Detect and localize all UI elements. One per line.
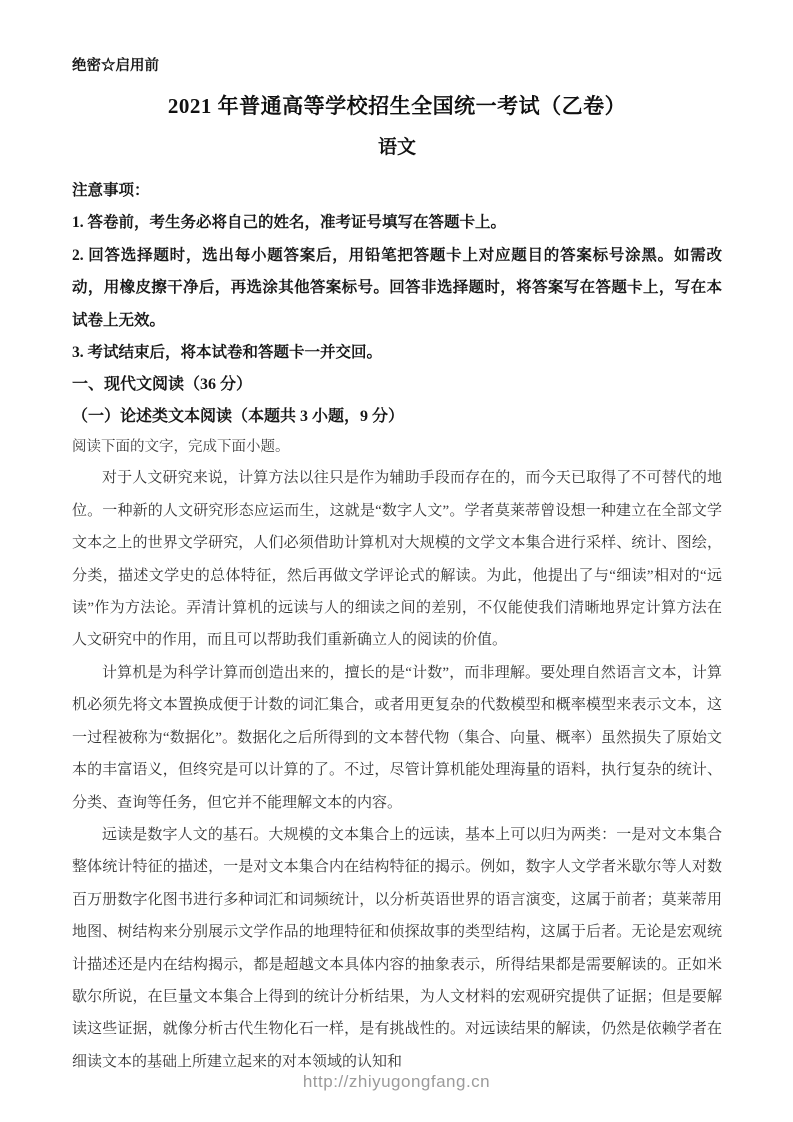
passage-paragraph-1: 对于人文研究来说，计算方法以往只是作为辅助手段而存在的，而今天已取得了不可替代的… (72, 462, 722, 656)
notice-item-2: 2. 回答选择题时，选出每小题答案后，用铅笔把答题卡上对应题目的答案标号涂黑。如… (72, 240, 722, 337)
section-1-heading: 一、现代文阅读（36 分） (72, 369, 722, 401)
footer-url-text: http://zhiyugongfang.cn (303, 1072, 490, 1091)
reading-instruction: 阅读下面的文字，完成下面小题。 (72, 432, 722, 462)
notice-section: 注意事项： 1. 答卷前，考生务必将自己的姓名，准考证号填写在答题卡上。 2. … (72, 175, 722, 369)
passage-paragraph-3: 远读是数字人文的基石。大规模的文本集合上的远读，基本上可以归为两类：一是对文本集… (72, 819, 722, 1078)
classification-label: 绝密☆启用前 (72, 56, 722, 76)
page-footer: http://zhiyugongfang.cn (0, 1072, 793, 1092)
notice-item-3: 3. 考试结束后，将本试卷和答题卡一并交回。 (72, 337, 722, 369)
passage-paragraph-2: 计算机是为科学计算而创造出来的，擅长的是“计数”，而非理解。要处理自然语言文本，… (72, 657, 722, 819)
reading-passage: 对于人文研究来说，计算方法以往只是作为辅助手段而存在的，而今天已取得了不可替代的… (72, 462, 722, 1078)
exam-paper-page: 绝密☆启用前 2021 年普通高等学校招生全国统一考试（乙卷） 语文 注意事项：… (0, 0, 793, 1122)
exam-title: 2021 年普通高等学校招生全国统一考试（乙卷） (72, 92, 722, 120)
section-1-subheading: （一）论述类文本阅读（本题共 3 小题，9 分） (72, 401, 722, 433)
subject-title: 语文 (72, 135, 722, 161)
notice-heading: 注意事项： (72, 175, 722, 207)
notice-item-1: 1. 答卷前，考生务必将自己的姓名，准考证号填写在答题卡上。 (72, 207, 722, 239)
